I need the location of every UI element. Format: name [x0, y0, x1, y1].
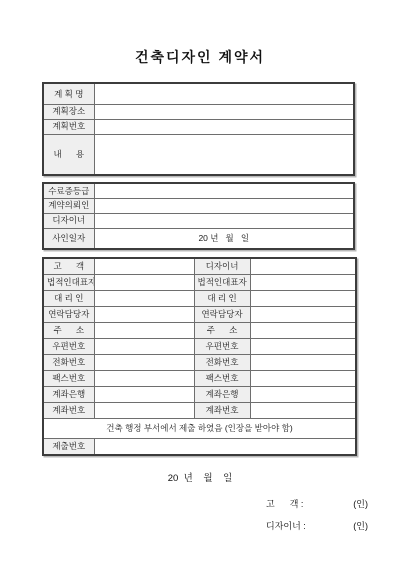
- field-fax-right: [250, 370, 356, 386]
- signature-block: 고 객 : (인) 디자이너 : (인): [266, 492, 368, 536]
- label-phone-left: 전화번호: [43, 354, 94, 370]
- signature-label-customer: 고 객 :: [266, 497, 303, 510]
- label-contract-client: 계약의뢰인: [43, 198, 94, 213]
- label-bank-right: 계좌은행: [194, 386, 250, 402]
- field-agent-right: [250, 290, 356, 306]
- field-designer-party: [250, 258, 356, 274]
- field-bank-right: [250, 386, 356, 402]
- label-postal-right: 우편번호: [194, 338, 250, 354]
- field-designer: [94, 213, 354, 228]
- label-contact-left: 연락담당자: [43, 306, 94, 322]
- signature-label-designer: 디자이너 :: [266, 519, 306, 532]
- field-plan-name: [94, 83, 354, 104]
- field-phone-right: [250, 354, 356, 370]
- label-address-left: 주 소: [43, 322, 94, 338]
- label-plan-name: 계 획 명: [43, 83, 94, 104]
- field-customer: [94, 258, 194, 274]
- field-address-right: [250, 322, 356, 338]
- field-account-left: [94, 402, 194, 418]
- label-sign-date: 사인일자: [43, 228, 94, 249]
- field-plan-location: [94, 104, 354, 119]
- label-account-right: 계좌번호: [194, 402, 250, 418]
- field-submit-number: [94, 438, 356, 455]
- label-bank-left: 계좌은행: [43, 386, 94, 402]
- label-agent-left: 대 리 인: [43, 290, 94, 306]
- field-contract-client: [94, 198, 354, 213]
- seal-mark-designer: (인): [353, 519, 368, 532]
- label-legal-rep-right: 법적인대표자: [194, 274, 250, 290]
- label-postal-left: 우편번호: [43, 338, 94, 354]
- label-legal-rep-left: 법적인대표자: [43, 274, 94, 290]
- parties-table: 고 객 디자이너 법적인대표자 법적인대표자 대 리 인 대 리 인 연락담당자: [42, 257, 357, 456]
- label-designer-party: 디자이너: [194, 258, 250, 274]
- field-legal-rep-left: [94, 274, 194, 290]
- field-sign-date: 20 년 월 일: [94, 228, 354, 249]
- label-fax-right: 팩스번호: [194, 370, 250, 386]
- field-contact-right: [250, 306, 356, 322]
- label-plan-number: 계획번호: [43, 119, 94, 134]
- document-title: 건축디자인 계약서: [0, 47, 400, 67]
- signature-row-designer: 디자이너 : (인): [266, 514, 368, 536]
- label-contents: 내 용: [43, 134, 94, 175]
- label-contact-right: 연락담당자: [194, 306, 250, 322]
- field-phone-left: [94, 354, 194, 370]
- field-agent-left: [94, 290, 194, 306]
- field-plan-number: [94, 119, 354, 134]
- field-bank-left: [94, 386, 194, 402]
- field-legal-rep-right: [250, 274, 356, 290]
- label-plan-location: 계획장소: [43, 104, 94, 119]
- label-phone-right: 전화번호: [194, 354, 250, 370]
- seal-mark-customer: (인): [353, 497, 368, 510]
- field-postal-left: [94, 338, 194, 354]
- field-contact-left: [94, 306, 194, 322]
- contract-document-page: 건축디자인 계약서 계 획 명 계획장소 계획번호 내 용: [0, 0, 400, 571]
- signature-row-customer: 고 객 : (인): [266, 492, 368, 514]
- label-certificate-grade: 수료증등급: [43, 183, 94, 198]
- field-contents: [94, 134, 354, 175]
- field-fax-left: [94, 370, 194, 386]
- label-designer: 디자이너: [43, 213, 94, 228]
- field-certificate-grade: [94, 183, 354, 198]
- label-address-right: 주 소: [194, 322, 250, 338]
- label-submit-number: 제출번호: [43, 438, 94, 455]
- plan-info-table: 계 획 명 계획장소 계획번호 내 용: [42, 82, 355, 176]
- field-address-left: [94, 322, 194, 338]
- submission-note: 건축 행정 부서에서 제출 하였음 (인장을 받아야 함): [43, 418, 356, 438]
- label-account-left: 계좌번호: [43, 402, 94, 418]
- field-postal-right: [250, 338, 356, 354]
- footer-date: 20 년 월 일: [0, 470, 400, 484]
- label-agent-right: 대 리 인: [194, 290, 250, 306]
- field-account-right: [250, 402, 356, 418]
- contract-summary-table: 수료증등급 계약의뢰인 디자이너 사인일자 20 년 월 일: [42, 182, 355, 250]
- label-customer: 고 객: [43, 258, 94, 274]
- label-fax-left: 팩스번호: [43, 370, 94, 386]
